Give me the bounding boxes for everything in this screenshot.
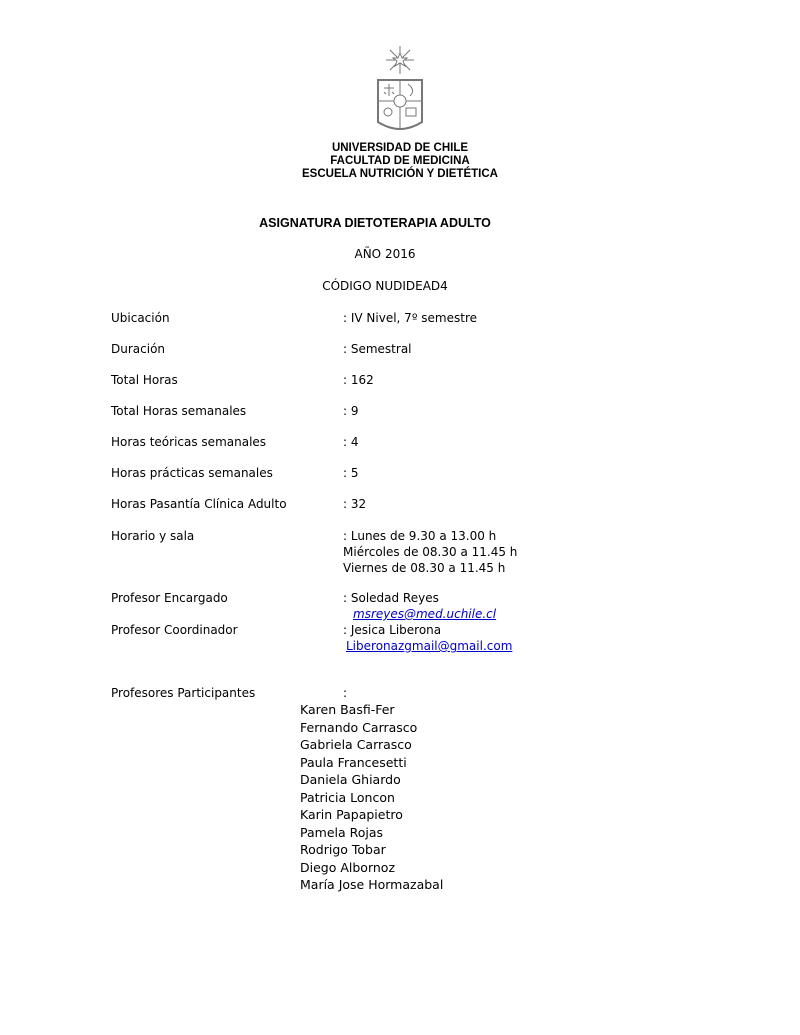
coordinador-name: : Jesica Liberona (343, 622, 441, 638)
list-item: Gabriela Carrasco (300, 736, 443, 754)
university-name: UNIVERSIDAD DE CHILE (0, 142, 800, 155)
list-item: Karin Papapietro (300, 806, 443, 824)
field-value: : 5 (343, 465, 359, 481)
field-label: Duración (111, 341, 165, 357)
list-item: María Jose Hormazabal (300, 876, 443, 894)
field-label: Horas teóricas semanales (111, 434, 266, 450)
schedule-line: Miércoles de 08.30 a 11.45 h (343, 544, 517, 560)
participant-list: Karen Basfi-Fer Fernando Carrasco Gabrie… (300, 701, 443, 894)
field-value: : 32 (343, 496, 366, 512)
field-label: Horas prácticas semanales (111, 465, 273, 481)
field-value: : 162 (343, 372, 374, 388)
university-coat-of-arms-icon (372, 44, 428, 140)
list-item: Fernando Carrasco (300, 719, 443, 737)
course-code: CÓDIGO NUDIDEAD4 (0, 279, 770, 293)
list-item: Karen Basfi-Fer (300, 701, 443, 719)
list-item: Paula Francesetti (300, 754, 443, 772)
participantes-label: Profesores Participantes (111, 685, 255, 701)
list-item: Rodrigo Tobar (300, 841, 443, 859)
course-title: ASIGNATURA DIETOTERAPIA ADULTO (0, 216, 750, 230)
school-name: ESCUELA NUTRICIÓN Y DIETÉTICA (0, 168, 800, 181)
list-item: Diego Albornoz (300, 859, 443, 877)
list-item: Patricia Loncon (300, 789, 443, 807)
schedule-line: Viernes de 08.30 a 11.45 h (343, 560, 505, 576)
list-item: Pamela Rojas (300, 824, 443, 842)
schedule-line: : Lunes de 9.30 a 13.00 h (343, 528, 496, 544)
field-value: : IV Nivel, 7º semestre (343, 310, 477, 326)
course-year: AÑO 2016 (0, 247, 770, 261)
field-label: Total Horas semanales (111, 403, 246, 419)
field-value: : Semestral (343, 341, 412, 357)
encargado-email-link[interactable]: msreyes@med.uchile.cl (353, 606, 496, 622)
participantes-colon: : (343, 685, 347, 701)
list-item: Daniela Ghiardo (300, 771, 443, 789)
field-label: Total Horas (111, 372, 178, 388)
field-value: : 4 (343, 434, 359, 450)
encargado-label: Profesor Encargado (111, 590, 228, 606)
faculty-name: FACULTAD DE MEDICINA (0, 155, 800, 168)
field-label: Horas Pasantía Clínica Adulto (111, 496, 287, 512)
field-value: : 9 (343, 403, 359, 419)
schedule-label: Horario y sala (111, 528, 194, 544)
coordinador-label: Profesor Coordinador (111, 622, 238, 638)
coordinador-email-link[interactable]: Liberonazgmail@gmail.com (346, 638, 512, 654)
field-label: Ubicación (111, 310, 170, 326)
encargado-name: : Soledad Reyes (343, 590, 439, 606)
